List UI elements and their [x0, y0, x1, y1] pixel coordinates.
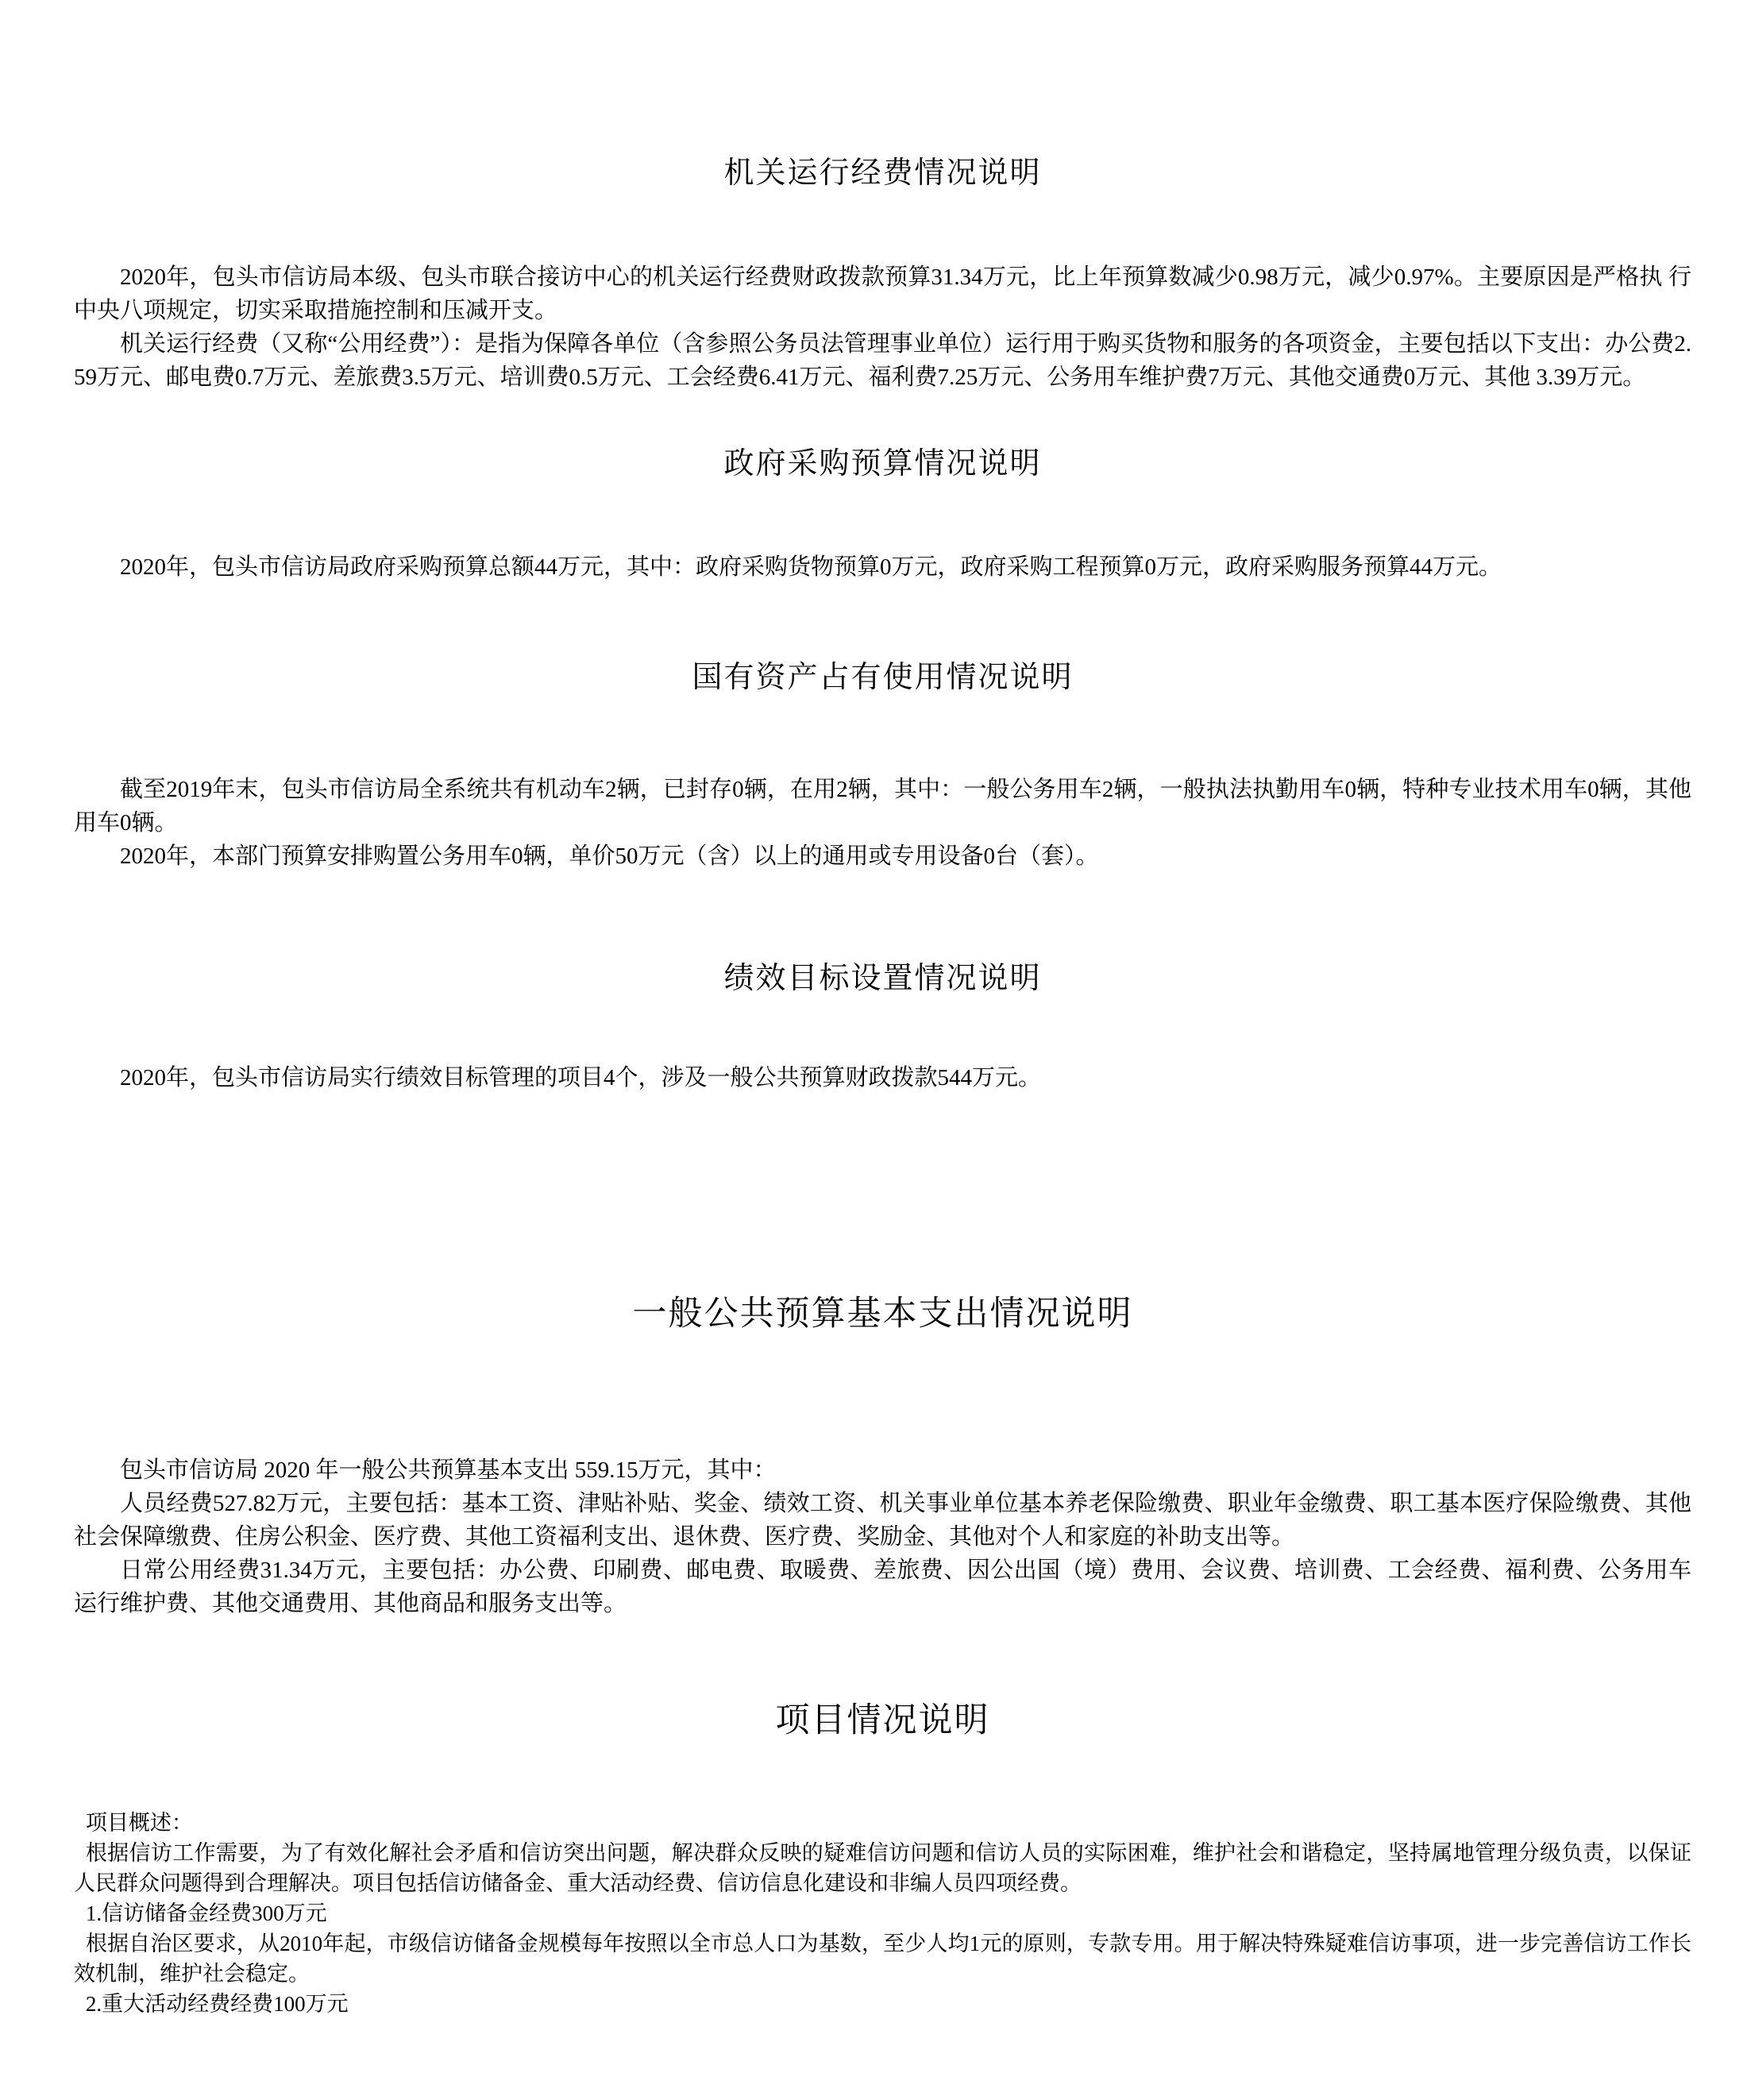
paragraph: 2.重大活动经费经费100万元 — [74, 1989, 1691, 2019]
section-project-description: 项目情况说明 项目概述： 根据信访工作需要，为了有效化解社会矛盾和信访突出问题，… — [74, 1700, 1691, 2019]
section-title: 机关运行经费情况说明 — [74, 155, 1691, 193]
paragraph: 2020年，包头市信访局政府采购预算总额44万元，其中：政府采购货物预算0万元，… — [74, 550, 1691, 584]
section-general-public-budget-basic-expenditure: 一般公共预算基本支出情况说明 包头市信访局 2020 年一般公共预算基本支出 5… — [74, 1293, 1691, 1620]
section-government-procurement-budget: 政府采购预算情况说明 2020年，包头市信访局政府采购预算总额44万元，其中：政… — [74, 446, 1691, 585]
section-state-owned-assets: 国有资产占有使用情况说明 截至2019年末，包头市信访局全系统共有机动车2辆，已… — [74, 659, 1691, 873]
paragraph: 根据信访工作需要，为了有效化解社会矛盾和信访突出问题，解决群众反映的疑难信访问题… — [74, 1838, 1691, 1898]
paragraph: 2020年，包头市信访局本级、包头市联合接访中心的机关运行经费财政拨款预算31.… — [74, 261, 1691, 327]
section-title: 绩效目标设置情况说明 — [74, 960, 1691, 998]
paragraph: 包头市信访局 2020 年一般公共预算基本支出 559.15万元，其中： — [74, 1453, 1691, 1487]
paragraph: 项目概述： — [74, 1808, 1691, 1838]
paragraph: 根据自治区要求，从2010年起，市级信访储备金规模每年按照以全市总人口为基数，至… — [74, 1928, 1691, 1989]
paragraph: 截至2019年末，包头市信访局全系统共有机动车2辆，已封存0辆，在用2辆，其中：… — [74, 773, 1691, 840]
paragraph: 1.信访储备金经费300万元 — [74, 1898, 1691, 1928]
paragraph: 2020年，包头市信访局实行绩效目标管理的项目4个，涉及一般公共预算财政拨款54… — [74, 1061, 1691, 1094]
paragraph: 机关运行经费（又称“公用经费”）：是指为保障各单位（含参照公务员法管理事业单位）… — [74, 327, 1691, 394]
paragraph: 日常公用经费31.34万元，主要包括：办公费、印刷费、邮电费、取暖费、差旅费、因… — [74, 1554, 1691, 1620]
section-title: 国有资产占有使用情况说明 — [74, 659, 1691, 697]
section-title: 一般公共预算基本支出情况说明 — [74, 1293, 1691, 1336]
paragraph: 人员经费527.82万元，主要包括：基本工资、津贴补贴、奖金、绩效工资、机关事业… — [74, 1487, 1691, 1554]
document-page: 机关运行经费情况说明 2020年，包头市信访局本级、包头市联合接访中心的机关运行… — [0, 0, 1751, 2100]
section-performance-targets: 绩效目标设置情况说明 2020年，包头市信访局实行绩效目标管理的项目4个，涉及一… — [74, 960, 1691, 1095]
section-agency-operating-expenses: 机关运行经费情况说明 2020年，包头市信访局本级、包头市联合接访中心的机关运行… — [74, 155, 1691, 394]
paragraph: 2020年，本部门预算安排购置公务用车0辆，单价50万元（含）以上的通用或专用设… — [74, 840, 1691, 873]
section-title: 项目情况说明 — [74, 1700, 1691, 1743]
section-title: 政府采购预算情况说明 — [74, 446, 1691, 484]
